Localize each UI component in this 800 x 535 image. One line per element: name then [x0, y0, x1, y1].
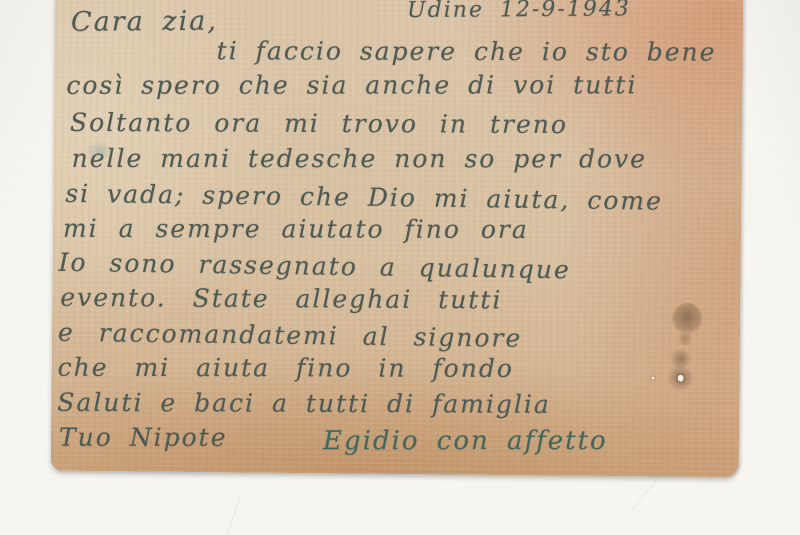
scanner-background: Udine 12-9-1943 Cara zia, ti faccio sape…: [0, 0, 800, 535]
handwriting-line: così spero che sia anche di voi tutti: [66, 70, 637, 99]
handwriting-line: Soltanto ora mi trovo in treno: [70, 108, 568, 139]
signature: Egidio con affetto: [323, 426, 608, 456]
handwriting-line: si vada; spero che Dio mi aiuta, come: [65, 179, 663, 216]
handwriting-line: che mi aiuta fino in fondo: [58, 353, 514, 383]
closing: Tuo Nipote: [59, 423, 228, 452]
handwriting-line: ti faccio sapere che io sto bene: [217, 36, 717, 66]
handwriting-line: e raccomandatemi al signore: [58, 318, 523, 353]
pinhole: [678, 375, 684, 382]
handwriting-line: Saluti e baci a tutti di famiglia: [57, 388, 551, 419]
stain-spot: [678, 331, 692, 347]
ink-smudge: [84, 141, 114, 161]
pinhole: [652, 376, 655, 379]
dateline: Udine 12-9-1943: [407, 0, 631, 23]
salutation: Cara zia,: [71, 6, 218, 38]
postcard-paper: Udine 12-9-1943 Cara zia, ti faccio sape…: [51, 0, 744, 477]
handwriting-line: Io sono rassegnato a qualunque: [58, 248, 571, 285]
handwriting-line: evento. State alleghai tutti: [60, 283, 502, 315]
handwriting-line: nelle mani tedesche non so per dove: [72, 144, 647, 174]
scan-streak: [226, 495, 241, 535]
stain-spot: [672, 303, 702, 335]
handwriting-line: mi a sempre aiutato fino ora: [63, 214, 529, 244]
